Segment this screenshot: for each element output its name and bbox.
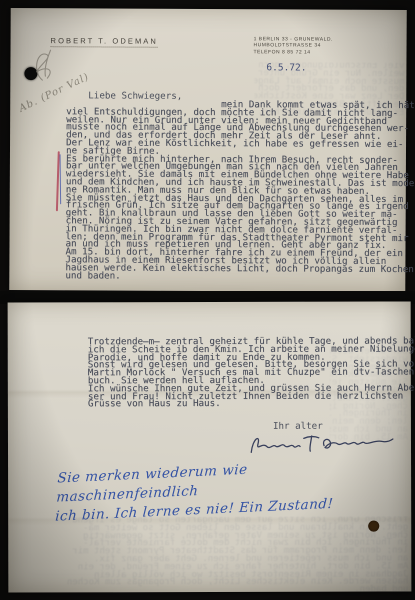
handwritten-postscript: Sie merken wiederum wie maschinenfeindli… [55,454,388,526]
letter-body-page1: mein Dank kommt etwas spät, ich hätte vi… [65,100,415,281]
punch-hole [368,521,379,532]
letterhead-address: 1 BERLIN 33 - GRUNEWALD.HUMBOLDTSTRASSE … [253,36,332,56]
postscript-line: Sie merken wiederum wie maschinenfeindli… [56,462,248,506]
letter-page-2: bar unter welchen Umgebungen man sich na… [8,301,412,592]
bleed-through-text: frischen Grün. Ich sitze auf dem Dachgar… [20,516,408,595]
letterhead-name: ROBERT T. ODEMAN [51,36,158,48]
letterhead-address-line: TELEFON 8 85 72 14 [253,49,310,55]
letterhead-address-line: HUMBOLDTSTRASSE 34 [254,43,321,49]
letter-date: 6.5.72. [266,62,306,73]
pencil-monogram-squiggle [28,46,62,86]
margin-mark [57,151,63,211]
letter-page-1: ROBERT T. ODEMAN 1 BERLIN 33 - GRUNEWALD… [9,8,406,292]
margin-mark-blue-line [60,154,62,204]
letter-photo: ROBERT T. ODEMAN 1 BERLIN 33 - GRUNEWALD… [0,0,415,600]
letter-body-page2: Trotzdende̶m̶ zentral geheizt für kühle … [88,337,415,408]
letterhead-address-line: 1 BERLIN 33 - GRUNEWALD. [254,36,333,42]
